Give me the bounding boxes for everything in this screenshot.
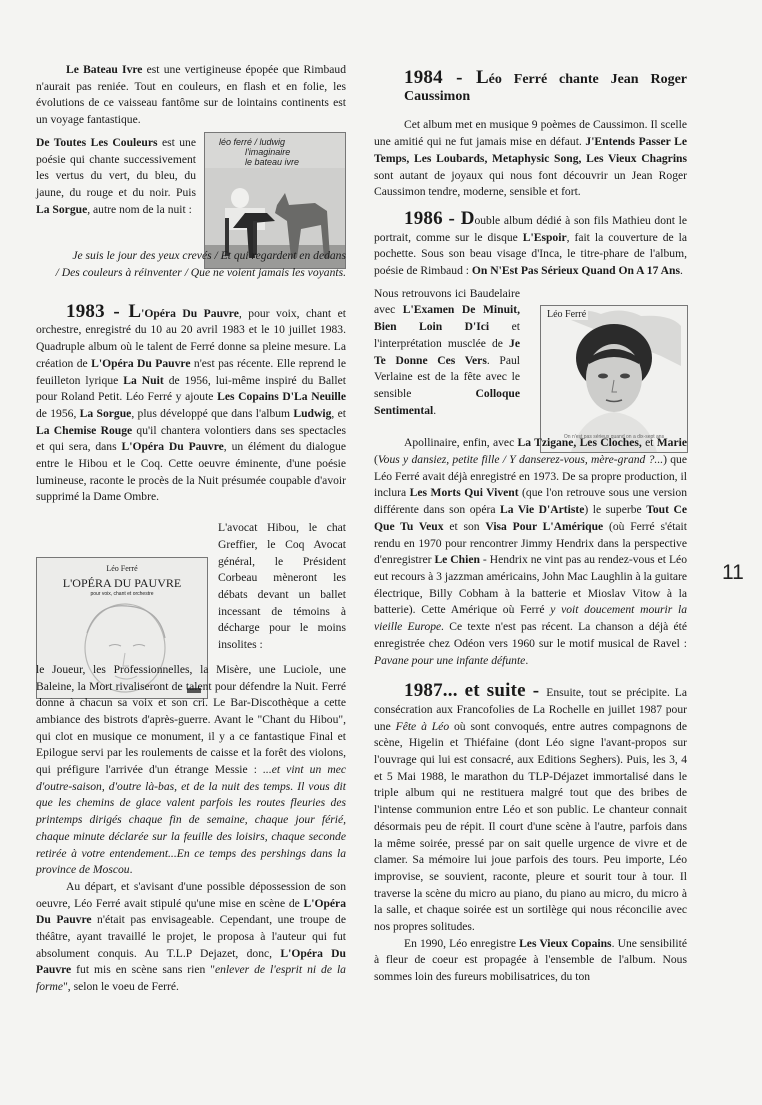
section-year-1984: 1984 - <box>404 67 476 88</box>
paragraph-depart: Au départ, et s'avisant d'une possible d… <box>36 879 346 996</box>
section-year-1987: 1987... et suite - <box>404 680 546 701</box>
section-year-1986: 1986 - <box>404 208 461 229</box>
poem-line: / Des couleurs à réinventer / Que ne voi… <box>36 265 346 282</box>
section-year-1983: 1983 - <box>66 301 128 322</box>
paragraph-toutes-couleurs: De Toutes Les Couleurs est une poésie qu… <box>36 135 196 219</box>
right-column: 1984 - Léo Ferré chante Jean Roger Causs… <box>374 70 687 986</box>
poem-quote: Je suis le jour des yeux crevés / Et qui… <box>36 248 346 281</box>
paragraph-1986: 1986 - Double album dédié à son fils Mat… <box>374 211 687 280</box>
paragraph-1984: Cet album met en musique 9 poèmes de Cau… <box>374 117 687 201</box>
paragraph-1987: 1987... et suite - Ensuite, tout se préc… <box>374 683 687 936</box>
left-column: Le Bateau Ivre est une vertigineuse épop… <box>36 62 346 996</box>
paragraph-1983: 1983 - L'Opéra Du Pauvre, pour voix, cha… <box>36 304 346 506</box>
paragraph-bateau-ivre: Le Bateau Ivre est une vertigineuse épop… <box>36 62 346 129</box>
page-number: 11 <box>722 561 744 585</box>
paragraph-joueur: le Joueur, les Professionnelles, la Misè… <box>36 662 346 879</box>
paragraph-apollinaire: Apollinaire, enfin, avec La Tzigane, Les… <box>374 435 687 669</box>
poem-line: Je suis le jour des yeux crevés / Et qui… <box>36 248 346 265</box>
album-title: 'Opéra Du Pauvre <box>141 307 239 320</box>
song-title: Le Bateau Ivre <box>66 63 142 76</box>
paragraph-baudelaire: Nous retrouvons ici Baudelaire avec L'Ex… <box>374 286 520 420</box>
song-title: La Sorgue <box>36 203 87 216</box>
heading-1984: 1984 - Léo Ferré chante Jean Roger Causs… <box>374 70 687 105</box>
paragraph-1990: En 1990, Léo enregistre Les Vieux Copain… <box>374 936 687 986</box>
song-title: De Toutes Les Couleurs <box>36 136 158 149</box>
paragraph-avocat: L'avocat Hibou, le chat Greffier, le Coq… <box>218 520 346 654</box>
quote-italic: ...et vint un mec d'outre-saison, d'outr… <box>36 763 346 876</box>
